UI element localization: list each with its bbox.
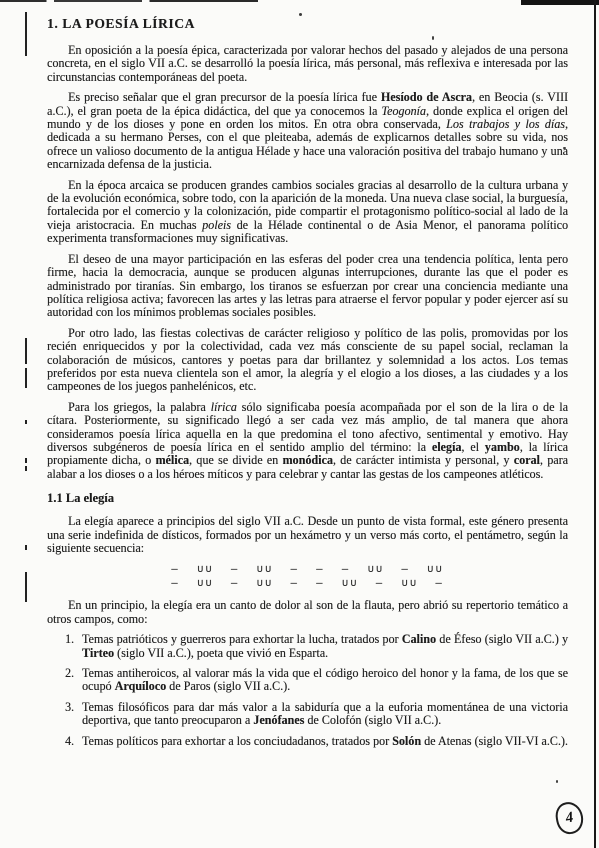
text-run: elegía <box>432 440 462 454</box>
list-item: 1.Temas patrióticos y guerreros para exh… <box>65 633 568 660</box>
paragraph: El deseo de una mayor participación en l… <box>47 253 568 320</box>
scan-artifact-left-line <box>25 466 27 471</box>
list-item: 4.Temas políticos para exhortar a los co… <box>65 735 568 748</box>
text-run: Solón <box>392 734 421 748</box>
list-item-text: Temas antiheroicos, al valorar más la vi… <box>82 667 568 694</box>
text-run: , el <box>461 440 484 454</box>
scan-artifact-left-line <box>25 458 27 463</box>
scan-artifact-left-line <box>25 420 27 424</box>
paragraph: En un principio, la elegía era un canto … <box>47 599 568 626</box>
scan-artifact-top-right-bar <box>521 0 599 5</box>
subsection-heading: 1.1 La elegía <box>47 491 568 506</box>
list-item-number: 3. <box>65 701 82 728</box>
text-run: Es preciso señalar que el gran precursor… <box>68 90 381 104</box>
page-body: 1. LA POESÍA LÍRICAEn oposición a la poe… <box>47 16 568 755</box>
text-run: Temas políticos para exhortar a los conc… <box>82 734 392 748</box>
text-run: yambo <box>485 440 520 454</box>
scan-artifact-top-edge <box>0 0 258 2</box>
text-run: Arquíloco <box>115 679 167 693</box>
text-run: , que se divide en <box>189 453 282 467</box>
list-item-text: Temas patrióticos y guerreros para exhor… <box>82 633 568 660</box>
scanned-book-page: { "page": { "page_number": "4", "colors"… <box>0 0 599 848</box>
text-run: Tirteo <box>82 646 114 660</box>
text-run: Calino <box>402 632 436 646</box>
scan-artifact-right-edge-line <box>594 0 596 848</box>
list-item: 3.Temas filosóficos para dar más valor a… <box>65 701 568 728</box>
text-run: Por otro lado, las fiestas colectivas de… <box>47 326 568 394</box>
paragraph: Por otro lado, las fiestas colectivas de… <box>47 327 568 394</box>
text-run: de Éfeso (siglo VII a.C.) y <box>436 632 568 646</box>
paragraph: Para los griegos, la palabra lírica sólo… <box>47 401 568 481</box>
text-run: , de carácter intimista y personal, y <box>333 453 514 467</box>
text-run: Jenófanes <box>253 713 304 727</box>
list-item-text: Temas filosóficos para dar más valor a l… <box>82 701 568 728</box>
text-run: monódica <box>282 453 332 467</box>
metrical-scheme: – ∪∪ – ∪∪ – – – ∪∪ – ∪∪– ∪∪ – ∪∪ – – ∪∪ … <box>47 562 568 590</box>
list-item-number: 2. <box>65 667 82 694</box>
text-run: (siglo VII a.C.), poeta que vivió en Esp… <box>114 646 328 660</box>
text-run: poleis <box>202 218 231 232</box>
scan-artifact-left-line <box>25 12 27 56</box>
paragraph: La elegía aparece a principios del siglo… <box>47 515 568 555</box>
list-item-number: 1. <box>65 633 82 660</box>
metric-line: – ∪∪ – ∪∪ – – – ∪∪ – ∪∪ <box>47 562 568 576</box>
text-run: El deseo de una mayor participación en l… <box>47 252 568 320</box>
scan-artifact-left-line <box>25 368 27 388</box>
list-item-text: Temas políticos para exhortar a los conc… <box>82 735 568 748</box>
section-heading: 1. LA POESÍA LÍRICA <box>47 16 568 32</box>
scan-artifact-left-line <box>25 572 27 602</box>
text-run: lírica <box>211 400 237 414</box>
scan-artifact-left-line <box>25 338 27 364</box>
text-run: de Colofón (siglo VII a.C.). <box>304 713 441 727</box>
page-number: 4 <box>564 809 574 827</box>
paragraph: En oposición a la poesía épica, caracter… <box>47 44 568 84</box>
text-run: Temas patrióticos y guerreros para exhor… <box>82 632 402 646</box>
text-run: Teogonía <box>381 104 426 118</box>
scan-speck <box>556 780 558 783</box>
paragraph: En la época arcaica se producen grandes … <box>47 179 568 246</box>
text-run: coral <box>514 453 540 467</box>
scan-artifact-left-line <box>25 545 27 550</box>
text-run: mélica <box>155 453 189 467</box>
text-run: En un principio, la elegía era un canto … <box>47 598 568 625</box>
text-run: de Atenas (siglo VII-VI a.C.). <box>421 734 568 748</box>
text-run: Los trabajos y los días <box>446 117 565 131</box>
text-run: En oposición a la poesía épica, caracter… <box>47 43 568 84</box>
list-item: 2.Temas antiheroicos, al valorar más la … <box>65 667 568 694</box>
metric-line: – ∪∪ – ∪∪ – – ∪∪ – ∪∪ – <box>47 576 568 590</box>
text-run: Para los griegos, la palabra <box>68 400 211 414</box>
text-run: de Paros (siglo VII a.C.). <box>166 679 290 693</box>
text-run: La elegía aparece a principios del siglo… <box>47 514 568 555</box>
paragraph: Es preciso señalar que el gran precursor… <box>47 91 568 171</box>
list-item-number: 4. <box>65 735 82 748</box>
page-number-badge: 4 <box>553 800 585 836</box>
text-run: Hesíodo de Ascra <box>381 90 472 104</box>
